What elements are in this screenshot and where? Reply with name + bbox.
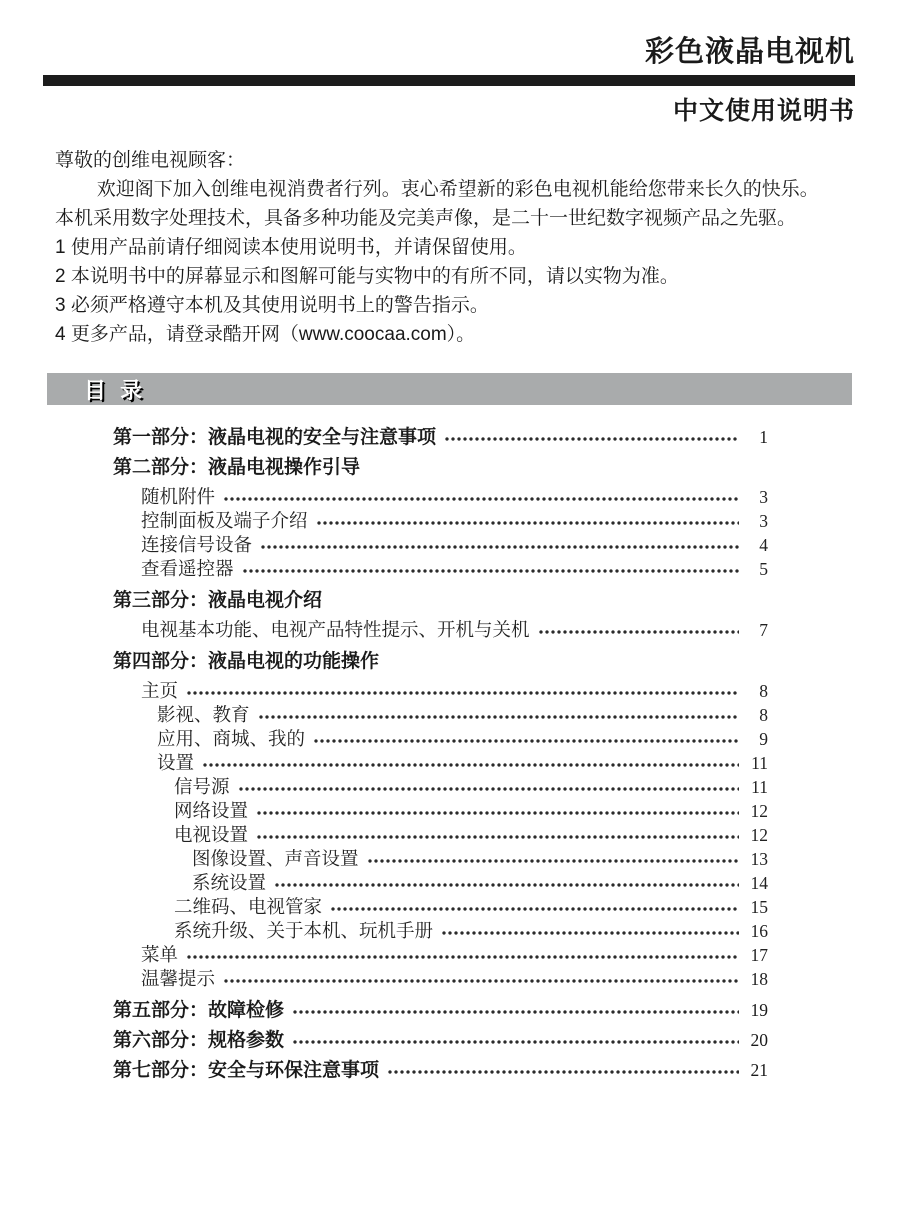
toc-page-number: 8 bbox=[744, 680, 768, 703]
toc-page-number: 8 bbox=[744, 704, 768, 727]
toc-dot-leader bbox=[314, 737, 739, 746]
toc-entry-label: 第四部分：液晶电视的功能操作 bbox=[113, 650, 379, 673]
toc-page-number: 13 bbox=[744, 848, 768, 871]
toc-entry: 系统升级、关于本机、玩机手册16 bbox=[113, 920, 768, 944]
toc-page-number: 5 bbox=[744, 558, 768, 581]
intro-note: 1 使用产品前请仔细阅读本使用说明书，并请保留使用。 bbox=[55, 233, 846, 262]
toc-dot-leader bbox=[261, 543, 739, 552]
page-title: 彩色液晶电视机 bbox=[43, 36, 855, 68]
toc-entry-label: 第三部分：液晶电视介绍 bbox=[113, 589, 322, 612]
page-header: 彩色液晶电视机 中文使用说明书 bbox=[0, 0, 898, 126]
toc-entry: 菜单17 bbox=[113, 944, 768, 968]
toc-page-number: 16 bbox=[744, 920, 768, 943]
toc-page-number: 1 bbox=[744, 426, 768, 449]
toc-entry: 随机附件3 bbox=[113, 486, 768, 510]
toc-dot-leader bbox=[293, 1038, 739, 1047]
intro-paragraph: 本机采用数字处理技术，具备多种功能及完美声像，是二十一世纪数字视频产品之先驱。 bbox=[55, 204, 846, 233]
toc-entry: 温馨提示18 bbox=[113, 968, 768, 992]
toc-page-number: 11 bbox=[744, 752, 768, 775]
toc-page-number: 3 bbox=[744, 510, 768, 533]
toc-dot-leader bbox=[331, 905, 739, 914]
toc-page-number: 12 bbox=[744, 824, 768, 847]
toc-dot-leader bbox=[388, 1068, 739, 1077]
toc-page-number: 9 bbox=[744, 728, 768, 751]
toc-entry: 第一部分：液晶电视的安全与注意事项1 bbox=[113, 426, 768, 449]
toc-entry-label: 图像设置、声音设置 bbox=[192, 849, 359, 872]
toc-dot-leader bbox=[187, 953, 739, 962]
toc-page-number: 3 bbox=[744, 486, 768, 509]
intro-paragraph: 欢迎阁下加入创维电视消费者行列。衷心希望新的彩色电视机能给您带来长久的快乐。 bbox=[55, 175, 846, 204]
toc-dot-leader bbox=[243, 567, 739, 576]
toc-entry: 第四部分：液晶电视的功能操作 bbox=[113, 650, 768, 673]
toc-entry: 第七部分：安全与环保注意事项21 bbox=[113, 1059, 768, 1082]
toc-dot-leader bbox=[203, 761, 739, 770]
toc-entry-label: 影视、教育 bbox=[157, 705, 250, 728]
toc-dot-leader bbox=[275, 881, 739, 890]
toc-page-number: 20 bbox=[744, 1029, 768, 1052]
toc-heading: 目 录 bbox=[47, 374, 146, 405]
toc-entry: 第五部分：故障检修19 bbox=[113, 999, 768, 1022]
toc-entry-label: 主页 bbox=[141, 681, 178, 704]
toc-entry: 信号源11 bbox=[113, 776, 768, 800]
manual-cover-page: 彩色液晶电视机 中文使用说明书 尊敬的创维电视顾客： 欢迎阁下加入创维电视消费者… bbox=[0, 0, 898, 1229]
toc-list: 第一部分：液晶电视的安全与注意事项1第二部分：液晶电视操作引导随机附件3控制面板… bbox=[113, 426, 768, 1082]
toc-page-number: 18 bbox=[744, 968, 768, 991]
intro-paragraphs: 欢迎阁下加入创维电视消费者行列。衷心希望新的彩色电视机能给您带来长久的快乐。本机… bbox=[55, 175, 846, 233]
toc-dot-leader bbox=[442, 929, 739, 938]
salutation: 尊敬的创维电视顾客： bbox=[55, 146, 846, 175]
toc-entry: 网络设置12 bbox=[113, 800, 768, 824]
toc-dot-leader bbox=[239, 785, 739, 794]
toc-page-number: 14 bbox=[744, 872, 768, 895]
toc-entry-label: 应用、商城、我的 bbox=[157, 729, 305, 752]
toc-entry-label: 信号源 bbox=[174, 777, 230, 800]
toc-entry-label: 系统设置 bbox=[192, 873, 266, 896]
intro-note: 3 必须严格遵守本机及其使用说明书上的警告指示。 bbox=[55, 291, 846, 320]
toc-entry-label: 电视基本功能、电视产品特性提示、开机与关机 bbox=[141, 620, 530, 643]
toc-entry-label: 菜单 bbox=[141, 945, 178, 968]
toc-entry-label: 第二部分：液晶电视操作引导 bbox=[113, 456, 360, 479]
toc-entry: 图像设置、声音设置13 bbox=[113, 848, 768, 872]
toc-entry-label: 第七部分：安全与环保注意事项 bbox=[113, 1059, 379, 1082]
toc-entry: 主页8 bbox=[113, 680, 768, 704]
toc-dot-leader bbox=[259, 713, 739, 722]
toc-entry: 控制面板及端子介绍3 bbox=[113, 510, 768, 534]
toc-entry: 第三部分：液晶电视介绍 bbox=[113, 589, 768, 612]
toc-entry-label: 网络设置 bbox=[174, 801, 248, 824]
intro-notes: 1 使用产品前请仔细阅读本使用说明书，并请保留使用。2 本说明书中的屏幕显示和图… bbox=[55, 233, 846, 349]
toc-dot-leader bbox=[257, 809, 739, 818]
toc-entry-label: 随机附件 bbox=[141, 487, 215, 510]
toc-dot-leader bbox=[187, 689, 739, 698]
toc-entry: 查看遥控器5 bbox=[113, 558, 768, 582]
toc-entry-label: 二维码、电视管家 bbox=[174, 897, 322, 920]
toc-entry-label: 第一部分：液晶电视的安全与注意事项 bbox=[113, 426, 436, 449]
toc-entry-label: 查看遥控器 bbox=[141, 559, 234, 582]
toc-entry-label: 系统升级、关于本机、玩机手册 bbox=[174, 921, 433, 944]
toc-page-number: 7 bbox=[744, 619, 768, 642]
intro-note: 4 更多产品，请登录酷开网（www.coocaa.com）。 bbox=[55, 320, 846, 349]
toc-entry-label: 连接信号设备 bbox=[141, 535, 252, 558]
toc-dot-leader bbox=[368, 857, 739, 866]
toc-entry: 影视、教育8 bbox=[113, 704, 768, 728]
toc-page-number: 21 bbox=[744, 1059, 768, 1082]
toc-page-number: 4 bbox=[744, 534, 768, 557]
toc-entry: 电视设置12 bbox=[113, 824, 768, 848]
toc-entry-label: 控制面板及端子介绍 bbox=[141, 511, 308, 534]
header-divider-bar bbox=[43, 75, 855, 86]
intro-section: 尊敬的创维电视顾客： 欢迎阁下加入创维电视消费者行列。衷心希望新的彩色电视机能给… bbox=[55, 146, 846, 349]
toc-dot-leader bbox=[224, 977, 739, 986]
toc-entry-label: 第六部分：规格参数 bbox=[113, 1029, 284, 1052]
toc-entry-label: 电视设置 bbox=[174, 825, 248, 848]
page-subtitle: 中文使用说明书 bbox=[43, 96, 855, 126]
intro-note: 2 本说明书中的屏幕显示和图解可能与实物中的有所不同，请以实物为准。 bbox=[55, 262, 846, 291]
toc-entry: 应用、商城、我的9 bbox=[113, 728, 768, 752]
toc-dot-leader bbox=[293, 1008, 739, 1017]
toc-page-number: 11 bbox=[744, 776, 768, 799]
toc-dot-leader bbox=[539, 628, 739, 637]
toc-dot-leader bbox=[257, 833, 739, 842]
toc-entry: 设置11 bbox=[113, 752, 768, 776]
toc-entry: 电视基本功能、电视产品特性提示、开机与关机7 bbox=[113, 619, 768, 643]
toc-entry-label: 温馨提示 bbox=[141, 969, 215, 992]
toc-entry: 二维码、电视管家15 bbox=[113, 896, 768, 920]
toc-page-number: 12 bbox=[744, 800, 768, 823]
toc-page-number: 17 bbox=[744, 944, 768, 967]
toc-entry-label: 设置 bbox=[157, 753, 194, 776]
toc-entry: 系统设置14 bbox=[113, 872, 768, 896]
toc-entry: 第二部分：液晶电视操作引导 bbox=[113, 456, 768, 479]
toc-heading-banner: 目 录 bbox=[47, 373, 852, 405]
toc-dot-leader bbox=[445, 435, 739, 444]
toc-entry: 第六部分：规格参数20 bbox=[113, 1029, 768, 1052]
toc-dot-leader bbox=[317, 519, 739, 528]
toc-page-number: 15 bbox=[744, 896, 768, 919]
toc-entry: 连接信号设备4 bbox=[113, 534, 768, 558]
toc-entry-label: 第五部分：故障检修 bbox=[113, 999, 284, 1022]
toc-page-number: 19 bbox=[744, 999, 768, 1022]
toc-dot-leader bbox=[224, 495, 739, 504]
